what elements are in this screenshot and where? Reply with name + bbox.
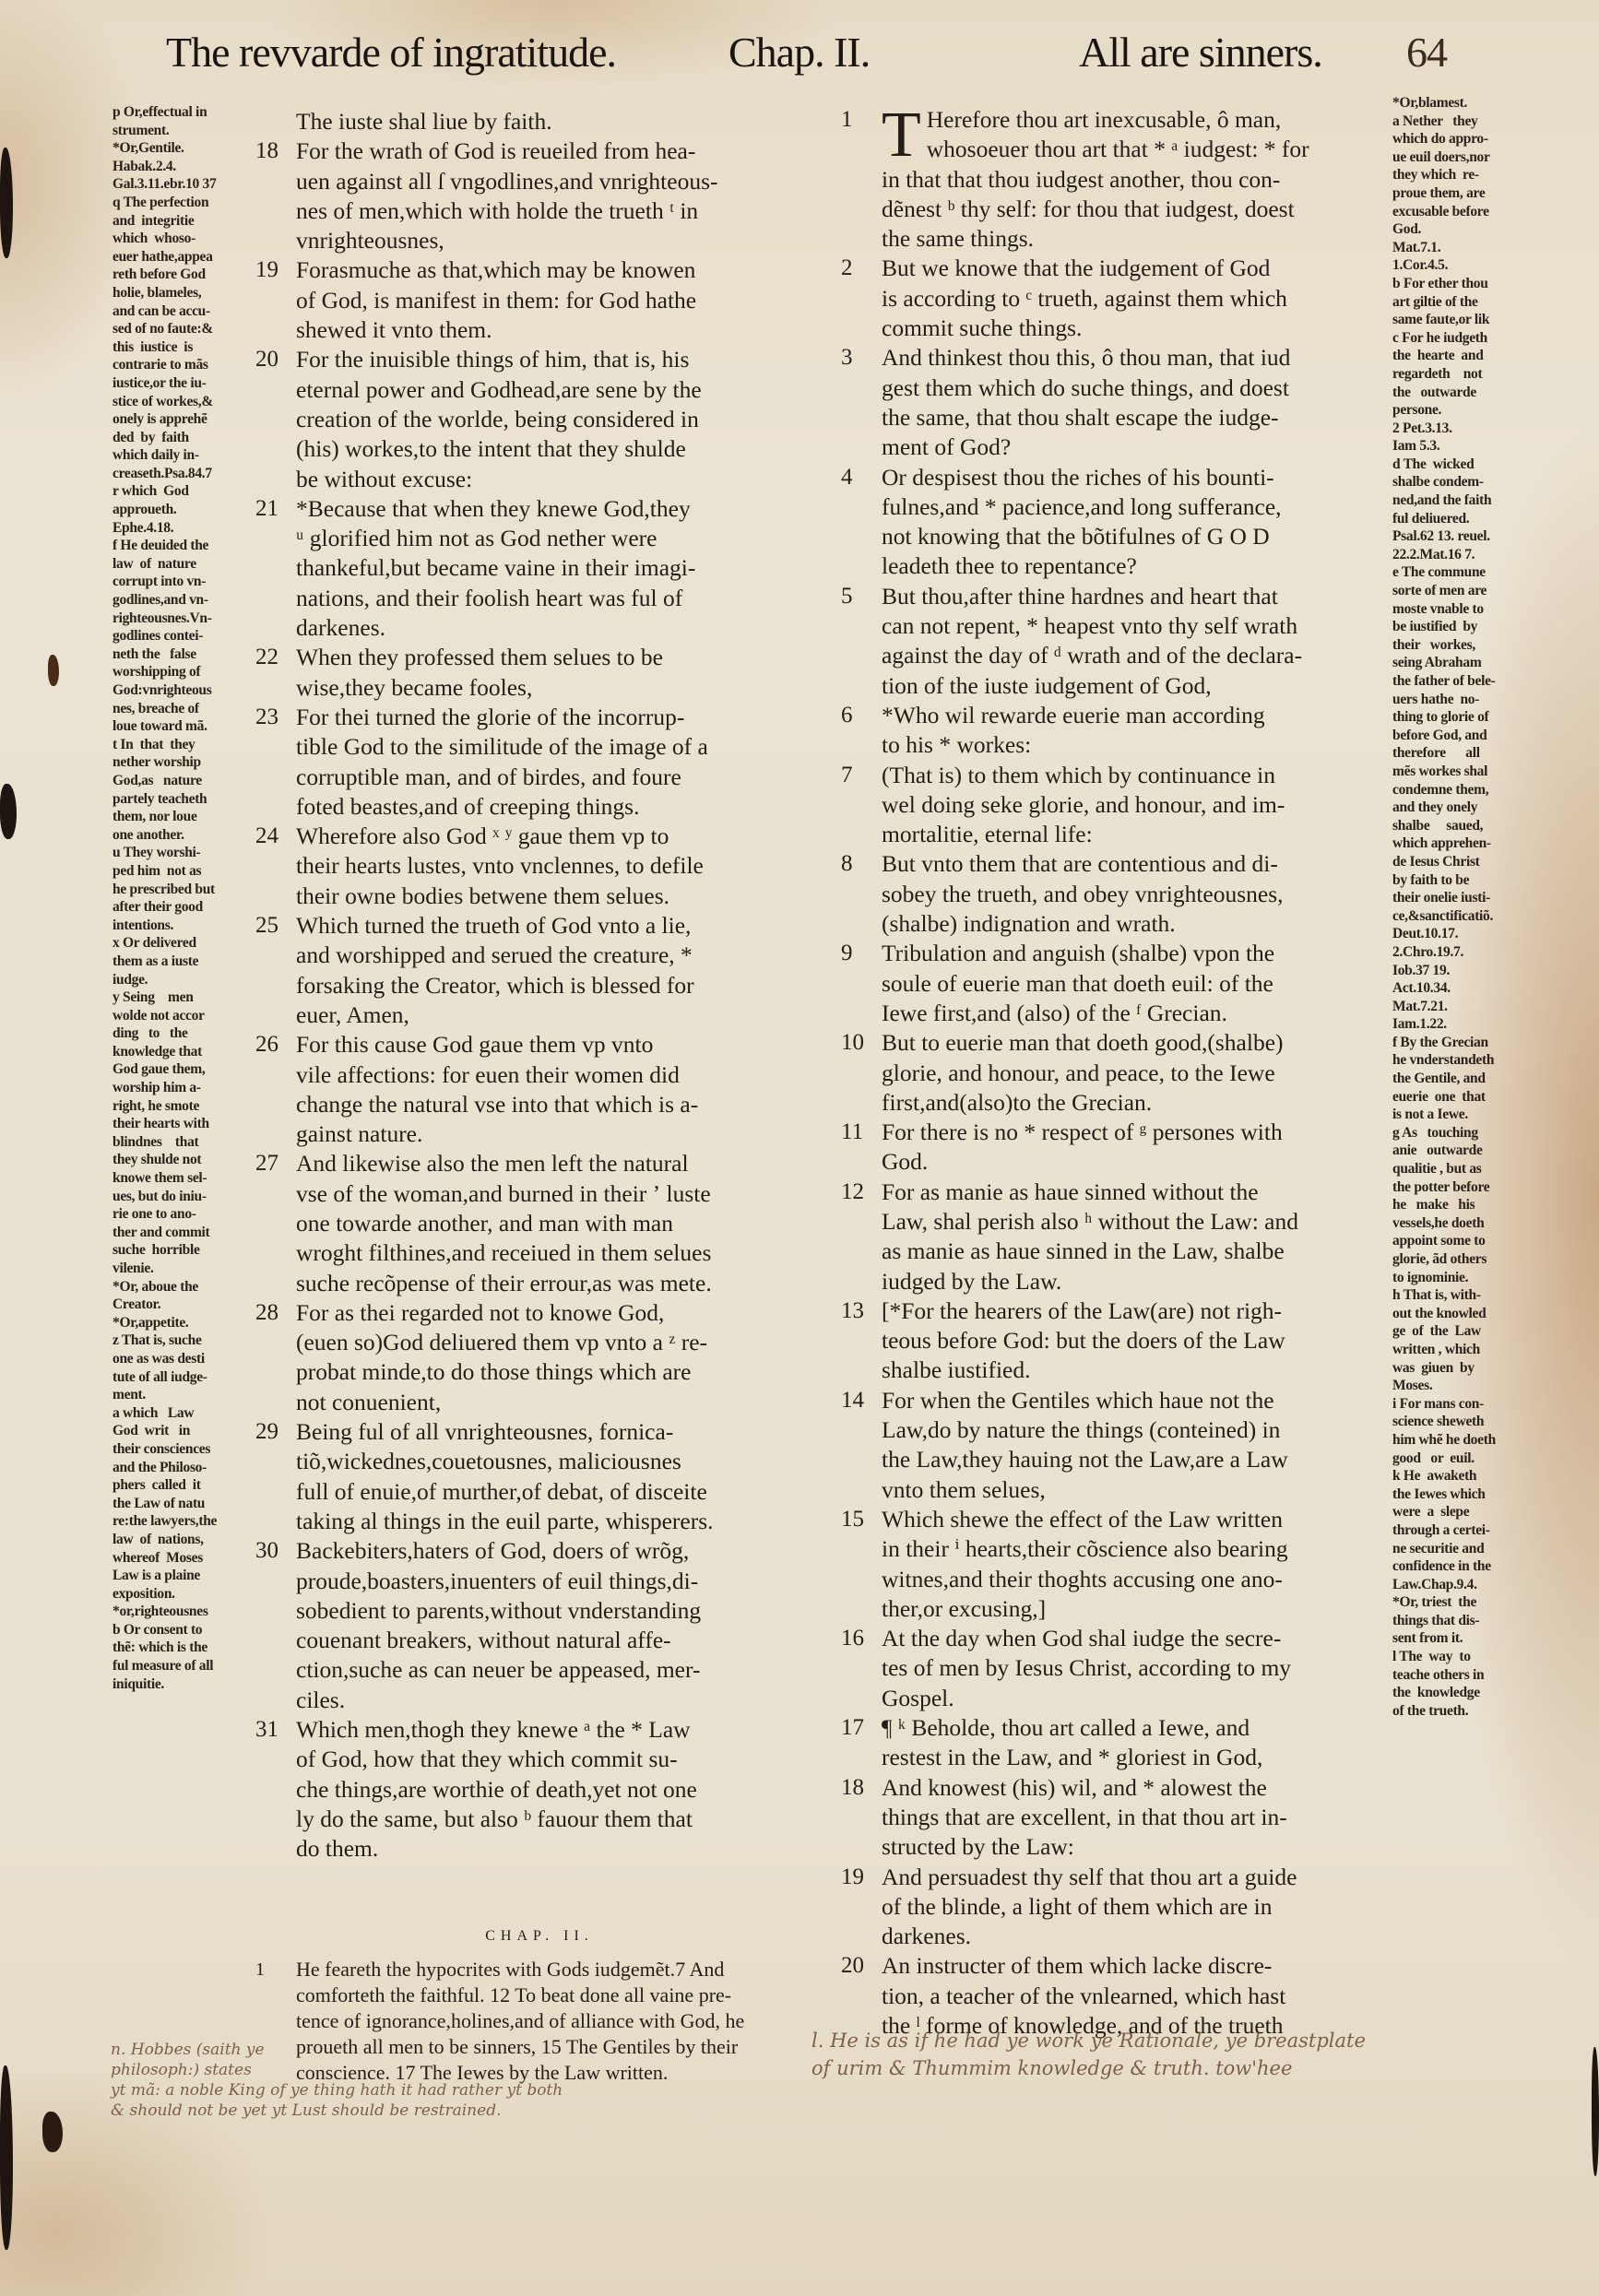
- margin-note-line: iniquitie.: [113, 1675, 242, 1694]
- margin-note-line: h That is, with-: [1392, 1286, 1549, 1305]
- margin-note-line: law of nature: [113, 555, 242, 574]
- margin-note-line: them as a iuste: [113, 953, 242, 971]
- margin-note-line: them, nor loue: [113, 808, 242, 826]
- verse-text: And persuadest thy self that thou art a …: [882, 1864, 1297, 1890]
- verse-line: nations, and their foolish heart was ful…: [296, 584, 816, 613]
- verse-text: For the wrath of God is reueiled from he…: [296, 137, 695, 164]
- margin-note-line: be iustified by: [1392, 618, 1549, 636]
- verse-number: 27: [255, 1149, 292, 1178]
- margin-note-line: one as was desti: [113, 1350, 242, 1368]
- verse-line: euer, Amen,: [296, 1000, 816, 1030]
- margin-note-line: which apprehen-: [1392, 834, 1549, 853]
- verse-line: For this cause God gaue them vp vnto: [296, 1030, 816, 1059]
- verse: 29Being ful of all vnrighteousnes, forni…: [263, 1417, 816, 1536]
- verse-line: And persuadest thy self that thou art a …: [882, 1863, 1392, 1892]
- margin-note-line: euer hathe,appea: [113, 248, 242, 266]
- verse: 5But thou,after thine hardnes and heart …: [848, 582, 1392, 701]
- verse-line: che things,are worthie of death,yet not …: [296, 1775, 816, 1805]
- chapter-heading: CHAP. II.: [263, 1922, 816, 1951]
- verse-text: shewed it vnto them.: [296, 316, 492, 343]
- margin-note-line: Iob.37 19.: [1392, 962, 1549, 980]
- verse-line: structed by the Law:: [882, 1832, 1392, 1862]
- margin-note-line: worship him a-: [113, 1079, 242, 1097]
- margin-note-line: which do appro-: [1392, 130, 1549, 148]
- margin-note-line: Mat.7.21.: [1392, 998, 1549, 1016]
- margin-note-line: re:the lawyers,the: [113, 1512, 242, 1531]
- verse-line: wel doing seke glorie, and honour, and i…: [882, 790, 1392, 820]
- verse-text: not conuenient,: [296, 1389, 441, 1415]
- margin-note-line: vessels,he doeth: [1392, 1214, 1549, 1233]
- verse-text: When they professed them selues to be: [296, 644, 663, 670]
- margin-note-line: through a certei-: [1392, 1521, 1549, 1540]
- margin-note-line: intentions.: [113, 917, 242, 935]
- verse-line: vnto them selues,: [882, 1475, 1392, 1505]
- verse-number: 13: [841, 1296, 878, 1326]
- margin-note-line: shalbe saued,: [1392, 817, 1549, 835]
- verse-line: suche recõpense of their errour,as was m…: [296, 1269, 816, 1298]
- verse-text: Tribulation and anguish (shalbe) vpon th…: [882, 940, 1274, 966]
- verse-line: *Who wil rewarde euerie man according: [882, 701, 1392, 730]
- verse: 30Backebiters,haters of God, doers of wr…: [263, 1536, 816, 1715]
- verse-line: vse of the woman,and burned in their ʼ l…: [296, 1179, 816, 1209]
- margin-note-line: 2.Chro.19.7.: [1392, 943, 1549, 962]
- verse-line: Iewe first,and (also) of the ᶠ Grecian.: [882, 999, 1392, 1028]
- verse-line: For the inuisible things of him, that is…: [296, 345, 816, 374]
- margin-note-line: uers hathe no-: [1392, 691, 1549, 709]
- verse-line: in their ⁱ hearts,their cõscience also b…: [882, 1534, 1392, 1564]
- margin-note-line: the Iewes which: [1392, 1485, 1549, 1504]
- verse-text: (his) workes,to the intent that they shu…: [296, 435, 686, 462]
- margin-note-line: their hearts with: [113, 1115, 242, 1133]
- margin-note-line: science sheweth: [1392, 1413, 1549, 1431]
- verse-line: couenant breakers, without natural affe-: [296, 1626, 816, 1655]
- verse: 12For as manie as haue sinned without th…: [848, 1178, 1392, 1296]
- verse-text: of God, how that they which commit su-: [296, 1746, 678, 1772]
- verse: 16At the day when God shal iudge the sec…: [848, 1624, 1392, 1713]
- verse-text: against the day of ᵈ wrath and of the de…: [882, 642, 1302, 669]
- verse-text: couenant breakers, without natural affe-: [296, 1627, 671, 1653]
- verse-text: gainst nature.: [296, 1120, 422, 1147]
- verse-line: whosoeuer thou art that * ᵃ iudgest: * f…: [882, 135, 1392, 164]
- margin-note-line: ful deliuered.: [1392, 510, 1549, 528]
- verse-line: as manie as haue sinned in the Law, shal…: [882, 1237, 1392, 1266]
- verse-line: iudged by the Law.: [882, 1267, 1392, 1296]
- verse-text: ᵘ glorified him not as God nether were: [296, 525, 657, 551]
- margin-note-line: phers called it: [113, 1476, 242, 1495]
- verse-line: their hearts lustes, vnto vnclennes, to …: [296, 851, 816, 881]
- verse-line: gainst nature.: [296, 1119, 816, 1149]
- margin-note-line: l The way to: [1392, 1648, 1549, 1666]
- verse-text: And likewise also the men left the natur…: [296, 1150, 689, 1177]
- margin-note-line: approueth.: [113, 501, 242, 519]
- margin-note-line: their consciences: [113, 1440, 242, 1459]
- verse-text: ction,suche as can neuer be appeased, me…: [296, 1656, 700, 1683]
- margin-note-line: therefore all: [1392, 744, 1549, 763]
- verse-text: ment of God?: [882, 433, 1011, 460]
- verse-line: And knowest (his) wil, and * alowest the: [882, 1773, 1392, 1803]
- verse-line: dẽnest ᵇ thy self: for thou that iudgest…: [882, 195, 1392, 224]
- verse: 25Which turned the trueth of God vnto a …: [263, 911, 816, 1030]
- verse-line: tible God to the similitude of the image…: [296, 732, 816, 762]
- margin-note-line: e The commune: [1392, 563, 1549, 582]
- verse-text: But we knowe that the iudgement of God: [882, 254, 1270, 281]
- margin-note-line: z That is, suche: [113, 1331, 242, 1350]
- margin-note-line: the potter before: [1392, 1178, 1549, 1197]
- verse-text: the same things.: [882, 225, 1034, 252]
- verse: 23For thei turned the glorie of the inco…: [263, 703, 816, 822]
- margin-note-line: law of nations,: [113, 1531, 242, 1549]
- verse-line: But vnto them that are contentious and d…: [882, 849, 1392, 879]
- verse-number: 18: [841, 1773, 878, 1803]
- margin-note-line: knowe them sel-: [113, 1169, 242, 1188]
- verse-line: vnrighteousnes,: [296, 226, 816, 255]
- verse-line: But we knowe that the iudgement of God: [882, 254, 1392, 283]
- verse-text: thankeful,but became vaine in their imag…: [296, 554, 695, 581]
- margin-note-line: were a slepe: [1392, 1503, 1549, 1521]
- verse-text: Law,do by nature the things (conteined) …: [882, 1416, 1280, 1443]
- margin-note-line: Iam.1.22.: [1392, 1015, 1549, 1034]
- verse: 9Tribulation and anguish (shalbe) vpon t…: [848, 939, 1392, 1028]
- verse-text: structed by the Law:: [882, 1833, 1074, 1860]
- verse: 19And persuadest thy self that thou art …: [848, 1863, 1392, 1952]
- margin-note-line: Deut.10.17.: [1392, 925, 1549, 943]
- verse-line: (shalbe) indignation and wrath.: [882, 909, 1392, 939]
- verse-text: For this cause God gaue them vp vnto: [296, 1031, 653, 1058]
- verse-text: God.: [882, 1148, 928, 1175]
- margin-note-line: exposition.: [113, 1585, 242, 1604]
- verse-text: proude,boasters,inuenters of euil things…: [296, 1568, 698, 1594]
- verse-number: 10: [841, 1028, 878, 1058]
- margin-note-line: ther and commit: [113, 1224, 242, 1242]
- verse-text: ly do the same, but also ᵇ fauour them t…: [296, 1805, 693, 1832]
- margin-note-line: Moses.: [1392, 1377, 1549, 1395]
- verse-line: their owne bodies betwene them selues.: [296, 882, 816, 911]
- verse-text: Which men,thogh they knewe ᵃ the * Law: [296, 1716, 691, 1743]
- verse-text: Forasmuche as that,which may be knowen: [296, 256, 695, 283]
- handwriting-line: l. He is as if he had ye work ye Rationa…: [811, 2027, 1366, 2054]
- margin-note-line: iudge.: [113, 971, 242, 989]
- verse: 17¶ ᵏ Beholde, thou art called a Iewe, a…: [848, 1713, 1392, 1773]
- verse-number: 7: [841, 761, 878, 790]
- verse-line: of God, is manifest in them: for God hat…: [296, 286, 816, 315]
- verse-text: But to euerie man that doeth good,(shalb…: [882, 1029, 1284, 1056]
- verse-line: in that that thou iudgest another, thou …: [882, 165, 1392, 195]
- margin-note-line: knowledge that: [113, 1043, 242, 1061]
- margin-note-line: ned,and the faith: [1392, 491, 1549, 510]
- margin-note-line: persone.: [1392, 401, 1549, 420]
- verse-line: Backebiters,haters of God, doers of wrõg…: [296, 1536, 816, 1566]
- verse-text: wel doing seke glorie, and honour, and i…: [882, 791, 1285, 818]
- verse: 14For when the Gentiles which haue not t…: [848, 1386, 1392, 1505]
- verse-line: fulnes,and * pacience,and long sufferanc…: [882, 492, 1392, 522]
- verse: 18And knowest (his) wil, and * alowest t…: [848, 1773, 1392, 1863]
- verse-text: sobedient to parents,without vnderstandi…: [296, 1597, 701, 1624]
- verse-text: vse of the woman,and burned in their ʼ l…: [296, 1180, 711, 1207]
- verse-text: nes of men,which with holde the trueth ᵗ…: [296, 197, 698, 224]
- verse-line: shewed it vnto them.: [296, 315, 816, 345]
- margin-note-line: iustice,or the iu-: [113, 374, 242, 393]
- verse-line: THerefore thou art inexcusable, ô man,: [882, 105, 1392, 135]
- verse-line: *Because that when they knewe God,they: [296, 494, 816, 524]
- margin-note-line: moste vnable to: [1392, 600, 1549, 619]
- verse-text: ther,or excusing,]: [882, 1595, 1046, 1622]
- verse-text: teous before God: but the doers of the L…: [882, 1327, 1285, 1354]
- verse-text: fulnes,and * pacience,and long sufferanc…: [882, 493, 1282, 520]
- verse-text: things that are excellent, in that thou …: [882, 1804, 1287, 1830]
- verse-number: 28: [255, 1298, 292, 1328]
- verse-number: 19: [841, 1863, 878, 1892]
- verse-line: For thei turned the glorie of the incorr…: [296, 703, 816, 732]
- verse-line: ction,suche as can neuer be appeased, me…: [296, 1655, 816, 1685]
- margin-note-line: p Or,effectual in: [113, 103, 242, 122]
- margin-note-line: him whẽ he doeth: [1392, 1431, 1549, 1450]
- burn-mark: [0, 148, 13, 258]
- verse-text: of the blinde, a light of them which are…: [882, 1893, 1272, 1920]
- margin-note-line: Gal.3.11.ebr.10 37: [113, 175, 242, 194]
- verse-line: At the day when God shal iudge the secre…: [882, 1624, 1392, 1653]
- verse-line: Which men,thogh they knewe ᵃ the * Law: [296, 1715, 816, 1745]
- verse-line: tion, a teacher of the vnlearned, which …: [882, 1982, 1392, 2011]
- verse-text: forsaking the Creator, which is blessed …: [296, 972, 694, 999]
- margin-note-line: regardeth not: [1392, 365, 1549, 384]
- verse-number: 24: [255, 822, 292, 851]
- margin-note-line: which whoso-: [113, 230, 242, 248]
- verse-line: An instructer of them which lacke discre…: [882, 1951, 1392, 1981]
- header-chapter: Chap. II.: [728, 28, 870, 77]
- verse-number: 11: [841, 1118, 878, 1147]
- verse: 11For there is no * respect of ᵍ persone…: [848, 1118, 1392, 1178]
- margin-note-line: same faute,or lik: [1392, 311, 1549, 329]
- verse-number: 8: [841, 849, 878, 879]
- verse-line: leadeth thee to repentance?: [882, 551, 1392, 581]
- verse-text: Iewe first,and (also) of the ᶠ Grecian.: [882, 1000, 1227, 1026]
- margin-note-line: to ignominie.: [1392, 1269, 1549, 1287]
- margin-note-line: the outwarde: [1392, 384, 1549, 402]
- margin-note-line: and they onely: [1392, 799, 1549, 817]
- verse-line: restest in the Law, and * gloriest in Go…: [882, 1743, 1392, 1772]
- verse: 13[*For the hearers of the Law(are) not …: [848, 1296, 1392, 1386]
- margin-note-line: God,as nature: [113, 772, 242, 790]
- margin-note-line: ment.: [113, 1386, 242, 1404]
- verse-line: to his * workes:: [882, 730, 1392, 760]
- verse-number: 1: [841, 105, 878, 135]
- verse-number: 20: [841, 1951, 878, 1981]
- margin-note-line: ues, but do iniu-: [113, 1188, 242, 1206]
- verse-text: But thou,after thine hardnes and heart t…: [882, 583, 1278, 610]
- margin-note-line: blindnes that: [113, 1133, 242, 1152]
- verse-text: foted beastes,and of creeping things.: [296, 793, 639, 820]
- margin-note-line: their workes,: [1392, 636, 1549, 655]
- verse-number: 18: [255, 136, 292, 166]
- verse-line: (his) workes,to the intent that they shu…: [296, 434, 816, 464]
- margin-note-line: godlines,and vn-: [113, 591, 242, 610]
- verse-text: (That is) to them which by continuance i…: [882, 762, 1275, 788]
- margin-note-line: Ephe.4.18.: [113, 519, 242, 538]
- verse-text: in that that thou iudgest another, thou …: [882, 166, 1280, 193]
- verse-text: the same, that thou shalt escape the iud…: [882, 404, 1279, 431]
- verse-line: shalbe iustified.: [882, 1355, 1392, 1385]
- verse-line: Being ful of all vnrighteousnes, fornica…: [296, 1417, 816, 1447]
- margin-note-line: and can be accu-: [113, 302, 242, 321]
- handwritten-note-left: n. Hobbes (saith yephilosoph:) statesyt …: [111, 2040, 563, 2121]
- verse-text: Which shewe the effect of the Law writte…: [882, 1506, 1283, 1533]
- margin-note-line: ne securitie and: [1392, 1540, 1549, 1558]
- summary-number: 1: [255, 1957, 265, 1982]
- verse-line: gest them which do suche things, and doe…: [882, 373, 1392, 403]
- margin-note-line: f He deuided the: [113, 537, 242, 555]
- verse-text: For thei turned the glorie of the incorr…: [296, 704, 684, 730]
- verse-text: corruptible man, and of birdes, and four…: [296, 763, 681, 790]
- bible-page: The revvarde of ingratitude. Chap. II. A…: [0, 0, 1599, 2296]
- margin-note-line: f By the Grecian: [1392, 1034, 1549, 1052]
- margin-note-line: Iam 5.3.: [1392, 437, 1549, 456]
- verse-text: che things,are worthie of death,yet not …: [296, 1776, 697, 1803]
- verse-line: Which shewe the effect of the Law writte…: [882, 1505, 1392, 1534]
- verse-number: 12: [841, 1178, 878, 1207]
- verse: 3And thinkest thou this, ô thou man, tha…: [848, 343, 1392, 462]
- verse: 27And likewise also the men left the nat…: [263, 1149, 816, 1297]
- verse: 20For the inuisible things of him, that …: [263, 345, 816, 493]
- verse-text: can not repent, * heapest vnto thy self …: [882, 612, 1297, 639]
- margin-note-line: corrupt into vn-: [113, 573, 242, 591]
- verse-text: change the natural vse into that which i…: [296, 1091, 698, 1118]
- burn-mark: [1592, 2047, 1599, 2176]
- verse-text: eternal power and Godhead,are sene by th…: [296, 376, 702, 403]
- verse-line: corruptible man, and of birdes, and four…: [296, 763, 816, 792]
- verse-text: tes of men by Iesus Christ, according to…: [882, 1654, 1291, 1681]
- verse: 4Or despisest thou the riches of his bou…: [848, 463, 1392, 582]
- verse-line: glorie, and honour, and peace, to the Ie…: [882, 1059, 1392, 1088]
- verse-line: And thinkest thou this, ô thou man, that…: [882, 343, 1392, 373]
- verse-line: Law,do by nature the things (conteined) …: [882, 1415, 1392, 1445]
- verse-text: tible God to the similitude of the image…: [296, 733, 708, 760]
- margin-note-line: *Or, triest the: [1392, 1593, 1549, 1612]
- drop-cap-letter: T: [882, 107, 921, 164]
- verse-text: and worshipped and serued the creature, …: [296, 941, 693, 968]
- verse-text: ciles.: [296, 1686, 345, 1713]
- margin-note-line: the knowledge: [1392, 1684, 1549, 1702]
- margin-note-line: 2 Pet.3.13.: [1392, 420, 1549, 438]
- verse-line: commit suche things.: [882, 314, 1392, 343]
- verse-text: euer, Amen,: [296, 1001, 409, 1028]
- verse-number: 4: [841, 463, 878, 492]
- verse-line: creation of the worlde, being considered…: [296, 405, 816, 434]
- verse-line: Which turned the trueth of God vnto a li…: [296, 911, 816, 941]
- verse-line: do them.: [296, 1834, 816, 1864]
- left-margin-notes: p Or,effectual instrument.*Or,Gentile.Ha…: [113, 103, 242, 1693]
- verse-line: wise,they became fooles,: [296, 673, 816, 703]
- verse-number: 3: [841, 343, 878, 373]
- margin-note-line: ped him not as: [113, 862, 242, 881]
- margin-note-line: qualitie , but as: [1392, 1160, 1549, 1178]
- verse-line: Law, shal perish also ʰ without the Law:…: [882, 1207, 1392, 1237]
- verse-line: tiõ,wickednes,couetousnes, maliciousnes: [296, 1447, 816, 1476]
- margin-note-line: he prescribed but: [113, 881, 242, 899]
- margin-note-line: whereof Moses: [113, 1549, 242, 1568]
- right-verses: 1THerefore thou art inexcusable, ô man,w…: [848, 105, 1392, 2041]
- verse-number: 16: [841, 1624, 878, 1653]
- verse-text: (shalbe) indignation and wrath.: [882, 910, 1176, 937]
- verse: 21*Because that when they knewe God,they…: [263, 494, 816, 643]
- margin-note-line: t In that they: [113, 736, 242, 754]
- verse-text: probat minde,to do those things which ar…: [296, 1358, 691, 1385]
- verse-line: mortalitie, eternal life:: [882, 820, 1392, 849]
- margin-note-line: glorie, ãd others: [1392, 1250, 1549, 1269]
- verse-text: Gospel.: [882, 1685, 954, 1711]
- verse-line: uen against all ſ vngodlines,and vnright…: [296, 167, 816, 196]
- margin-note-line: Psal.62 13. reuel.: [1392, 527, 1549, 546]
- verse-text: one towarde another, and man with man: [296, 1210, 673, 1237]
- margin-note-line: God writ in: [113, 1422, 242, 1440]
- verse-line: For as thei regarded not to knowe God,: [296, 1298, 816, 1328]
- margin-note-line: sent from it.: [1392, 1629, 1549, 1648]
- verse: 7(That is) to them which by continuance …: [848, 761, 1392, 850]
- margin-note-line: written , which: [1392, 1341, 1549, 1359]
- verse-text: Herefore thou art inexcusable, ô man,: [927, 106, 1281, 133]
- margin-note-line: c For he iudgeth: [1392, 329, 1549, 348]
- margin-note-line: the Gentile, and: [1392, 1070, 1549, 1088]
- verse-number: 15: [841, 1505, 878, 1534]
- margin-note-line: he make his: [1392, 1196, 1549, 1214]
- verse: 8But vnto them that are contentious and …: [848, 849, 1392, 939]
- verse-text: But vnto them that are contentious and d…: [882, 850, 1278, 877]
- verse-text: For the inuisible things of him, that is…: [296, 346, 689, 373]
- verse-text: witnes,and their thoghts accusing one an…: [882, 1566, 1283, 1592]
- margin-note-line: mẽs workes shal: [1392, 763, 1549, 781]
- verse-line: taking al things in the euil parte, whis…: [296, 1507, 816, 1536]
- verse-text: For when the Gentiles which haue not the: [882, 1387, 1274, 1414]
- verse: 31Which men,thogh they knewe ᵃ the * Law…: [263, 1715, 816, 1864]
- verse-text: For as manie as haue sinned without the: [882, 1178, 1259, 1205]
- verse-line: first,and(also)to the Grecian.: [882, 1088, 1392, 1118]
- verse-text: darkenes.: [882, 1923, 971, 1949]
- right-margin-notes: *Or,blamest.a Nether theywhich do appro-…: [1392, 94, 1549, 1720]
- verse-text: dẽnest ᵇ thy self: for thou that iudgest…: [882, 195, 1295, 222]
- verse-number: 6: [841, 701, 878, 730]
- margin-note-line: is not a Iewe.: [1392, 1106, 1549, 1124]
- margin-note-line: after their good: [113, 898, 242, 917]
- margin-note-line: ue euil doers,nor: [1392, 148, 1549, 167]
- verse-text: sobey the trueth, and obey vnrighteousne…: [882, 881, 1284, 907]
- margin-note-line: ding to the: [113, 1024, 242, 1043]
- margin-note-line: stice of workes,&: [113, 393, 242, 411]
- margin-note-line: proue them, are: [1392, 184, 1549, 203]
- margin-note-line: confidence in the: [1392, 1557, 1549, 1576]
- verse-line: witnes,and their thoghts accusing one an…: [882, 1565, 1392, 1594]
- verse-line: sobey the trueth, and obey vnrighteousne…: [882, 880, 1392, 909]
- margin-note-line: loue toward mã.: [113, 717, 242, 736]
- margin-note-line: thing to glorie of: [1392, 708, 1549, 727]
- verse: 1THerefore thou art inexcusable, ô man,w…: [848, 105, 1392, 254]
- verse-text: Which turned the trueth of God vnto a li…: [296, 912, 691, 939]
- verse-text: wroght filthines,and receiued in them se…: [296, 1239, 711, 1266]
- verse-line: For the wrath of God is reueiled from he…: [296, 136, 816, 166]
- verse-line: sobedient to parents,without vnderstandi…: [296, 1596, 816, 1626]
- verse-text: wise,they became fooles,: [296, 674, 532, 701]
- margin-note-line: b For ether thou: [1392, 275, 1549, 293]
- header-left-title: The revvarde of ingratitude.: [166, 28, 616, 77]
- verse-text: the Law,they hauing not the Law,are a La…: [882, 1446, 1288, 1473]
- margin-note-line: q The perfection: [113, 194, 242, 212]
- verse-text: creation of the worlde, being considered…: [296, 406, 699, 432]
- margin-note-line: tute of all iudge-: [113, 1368, 242, 1387]
- margin-note-line: i For mans con-: [1392, 1395, 1549, 1414]
- margin-note-line: the father of bele-: [1392, 672, 1549, 691]
- margin-note-line: God:vnrighteous: [113, 681, 242, 700]
- margin-note-line: one another.: [113, 826, 242, 845]
- margin-note-line: onely is apprehẽ: [113, 410, 242, 429]
- verse-line: probat minde,to do those things which ar…: [296, 1357, 816, 1387]
